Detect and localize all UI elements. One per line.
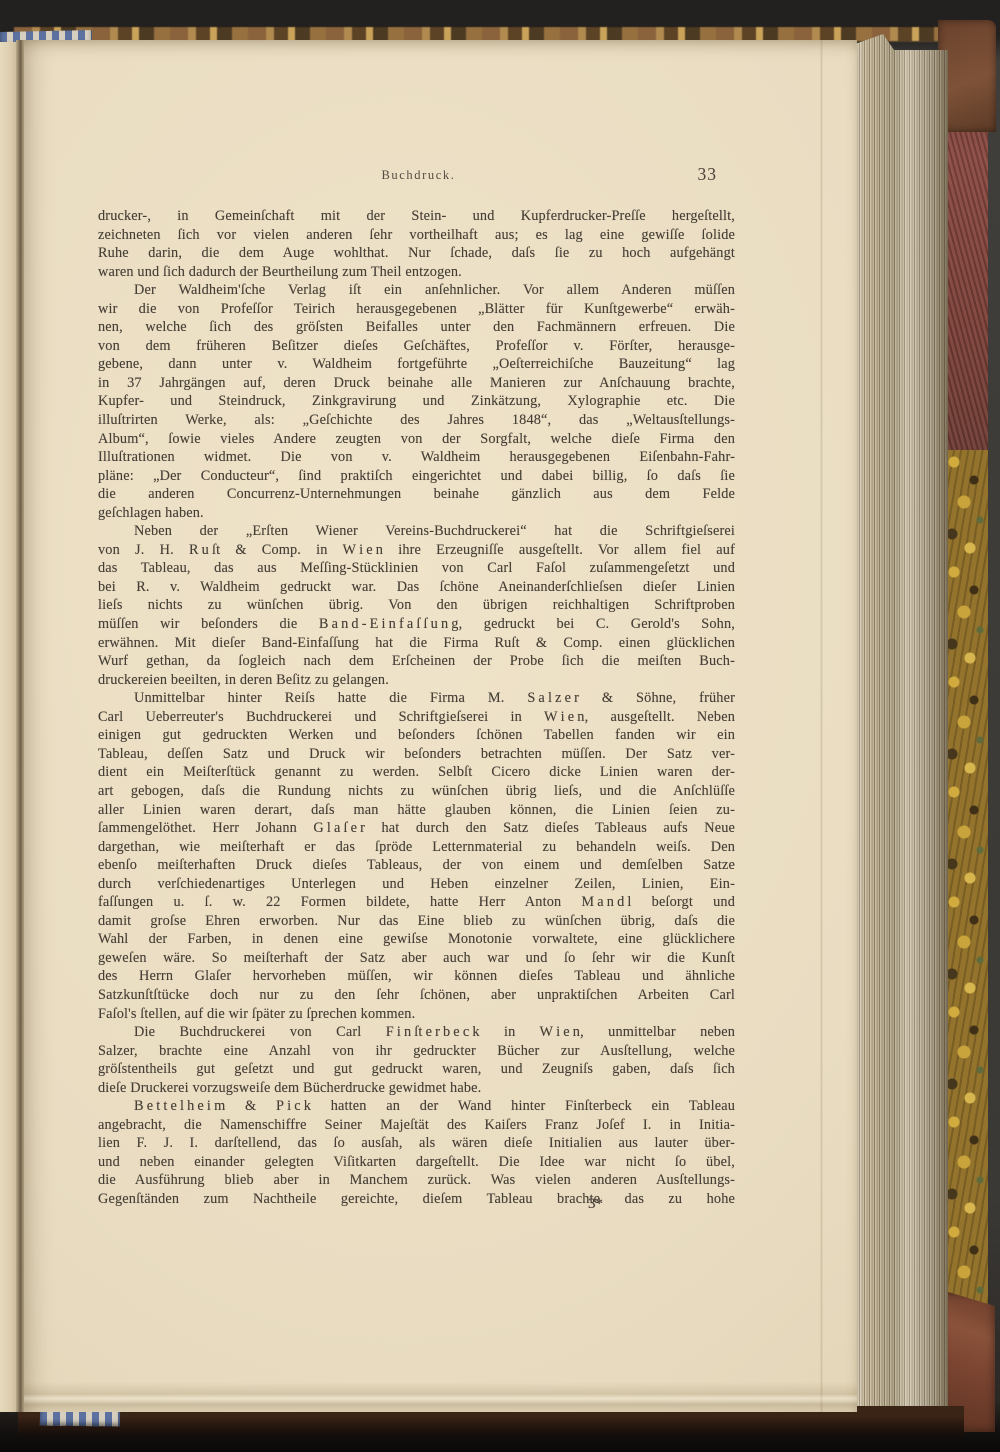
text-line: damit groſse Ehren erworben. Nur das Ein…	[98, 912, 735, 931]
text-line: Illuſtrationen widmet. Die von v. Waldhe…	[98, 448, 735, 467]
text-line: gebene, dann unter v. Waldheim fortgefüh…	[98, 355, 735, 374]
text-line: das Tableau, das aus Meſſing-Stücklinien…	[98, 559, 735, 578]
text-line: Salzer, brachte eine Anzahl von ihr gedr…	[98, 1042, 735, 1061]
text-line: zeichneten ſich vor vielen anderen ſehr …	[98, 226, 735, 245]
text-line: von J. H. R u ſt & Comp. in W i e n ihre…	[98, 541, 735, 560]
text-line: und neben einander gelegten Viſitkarten …	[98, 1153, 735, 1172]
text-line: Album“, ſowie vieles Andere zeugten von …	[98, 430, 735, 449]
text-line: ebenſo meiſterhaften Druck dieſes Tablea…	[98, 856, 735, 875]
text-line: Gegenſtänden zum Nachtheile gereichte, d…	[98, 1190, 735, 1209]
text-line: waren und ſich dadurch der Beurtheilung …	[98, 263, 735, 282]
text-line: durch verſchiedenartiges Unterlegen und …	[98, 875, 735, 894]
paragraph: Unmittelbar hinter Reiſs hatte die Firma…	[98, 689, 735, 1023]
text-line: wir die von Profeſſor Teirich herausgege…	[98, 300, 735, 319]
paragraph: drucker-, in Gemeinſchaft mit der Stein-…	[98, 207, 735, 281]
signature-mark: 3*	[588, 1196, 603, 1213]
text-line: einigen gut gedruckten Werken und beſond…	[98, 726, 735, 745]
text-line: des Herrn Glaſer hervorheben müſſen, wir…	[98, 967, 735, 986]
text-line: geweſen wäre. So meiſterhaft der Satz ab…	[98, 949, 735, 968]
text-line: Wahl der Farben, in denen eine gewiſse M…	[98, 930, 735, 949]
book-page: Buchdruck. 33 drucker-, in Gemeinſchaft …	[24, 40, 857, 1412]
text-line: B e t t e l h e i m & P i c k hatten an …	[98, 1097, 735, 1116]
text-line: dieſe Druckerei vorzugsweiſe dem Bücherd…	[98, 1079, 735, 1098]
text-line: bei R. v. Waldheim gedruckt war. Das ſch…	[98, 578, 735, 597]
text-line: ſammengelöthet. Herr Johann G l a ſ e r …	[98, 819, 735, 838]
text-line: geſchlagen haben.	[98, 504, 735, 523]
text-line: Ruhe darin, die dem Auge wohlthat. Nur ſ…	[98, 244, 735, 263]
book-scan-scene: Buchdruck. 33 drucker-, in Gemeinſchaft …	[0, 0, 1000, 1452]
text-line: Neben der „Erſten Wiener Vereins-Buchdru…	[98, 522, 735, 541]
running-title: Buchdruck.	[100, 168, 737, 183]
text-line: Der Waldheim'ſche Verlag iſt ein anſehnl…	[98, 281, 735, 300]
text-line: pläne: „Der Conducteur“, ſind praktiſch …	[98, 467, 735, 486]
text-line: Die Buchdruckerei von Carl F i n ſt e r …	[98, 1023, 735, 1042]
text-line: lien F. J. I. darſtellend, das ſo ausſah…	[98, 1134, 735, 1153]
text-line: Satzkunſtſtücke doch nur zu den ſehr ſch…	[98, 986, 735, 1005]
text-line: von dem früheren Beſitzer dieſes Geſchäf…	[98, 337, 735, 356]
text-line: Kupfer- und Steindruck, Zinkgravirung un…	[98, 392, 735, 411]
text-line: erwähnen. Mit dieſer Band-Einfaſſung hat…	[98, 634, 735, 653]
text-line: Faſol's ſtellen, auf die wir ſpäter zu ſ…	[98, 1005, 735, 1024]
page-header: Buchdruck. 33	[100, 168, 737, 190]
marbled-cover-edge	[946, 30, 988, 1422]
text-line: müſſen wir beſonders die B a n d - E i n…	[98, 615, 735, 634]
text-line: lieſs nichts zu wünſchen übrig. Von den …	[98, 596, 735, 615]
page-bottom-crease	[24, 1382, 857, 1412]
text-line: Unmittelbar hinter Reiſs hatte die Firma…	[98, 689, 735, 708]
text-line: dargethan, wie meiſterhaft er das ſpröde…	[98, 838, 735, 857]
text-line: gröſstentheils gut geſetzt und gut gedru…	[98, 1060, 735, 1079]
fore-edge-pages	[855, 34, 948, 1422]
paragraph: Der Waldheim'ſche Verlag iſt ein anſehnl…	[98, 281, 735, 522]
text-line: druckereien beeilten, in deren Beſitz zu…	[98, 671, 735, 690]
text-line: drucker-, in Gemeinſchaft mit der Stein-…	[98, 207, 735, 226]
text-line: illuſtrirten Werke, als: „Geſchichte des…	[98, 411, 735, 430]
text-line: die anderen Concurrenz-Unternehmungen be…	[98, 485, 735, 504]
paragraph: B e t t e l h e i m & P i c k hatten an …	[98, 1097, 735, 1208]
body-text: drucker-, in Gemeinſchaft mit der Stein-…	[98, 207, 735, 1209]
paragraph: Die Buchdruckerei von Carl F i n ſt e r …	[98, 1023, 735, 1097]
text-line: dient ein Meiſterſtück genannt zu werden…	[98, 763, 735, 782]
headband-bottom	[40, 1409, 120, 1426]
text-line: Tableau, deſſen Satz und Druck wir beſon…	[98, 745, 735, 764]
page-crease	[820, 40, 823, 1412]
text-line: Carl Ueberreuter's Buchdruckerei und Sch…	[98, 708, 735, 727]
marbled-paper-texture	[946, 450, 988, 1340]
text-line: die Ausführung blieb aber in Manchem zur…	[98, 1171, 735, 1190]
text-line: nen, welche ſich des gröſsten Beifalles …	[98, 318, 735, 337]
text-line: Wurf gethan, da ſogleich nach dem Erſche…	[98, 652, 735, 671]
text-line: faſſungen u. ſ. w. 22 Formen bildete, ha…	[98, 893, 735, 912]
paragraph: Neben der „Erſten Wiener Vereins-Buchdru…	[98, 522, 735, 689]
text-line: art gebogen, daſs die Rundung nichts zu …	[98, 782, 735, 801]
text-line: angebracht, die Namenschiffre Seiner Maj…	[98, 1116, 735, 1135]
text-line: in 37 Jahrgängen auf, deren Druck beinah…	[98, 374, 735, 393]
page-number: 33	[698, 164, 718, 185]
text-line: aller Linien waren derart, daſs man hätt…	[98, 801, 735, 820]
